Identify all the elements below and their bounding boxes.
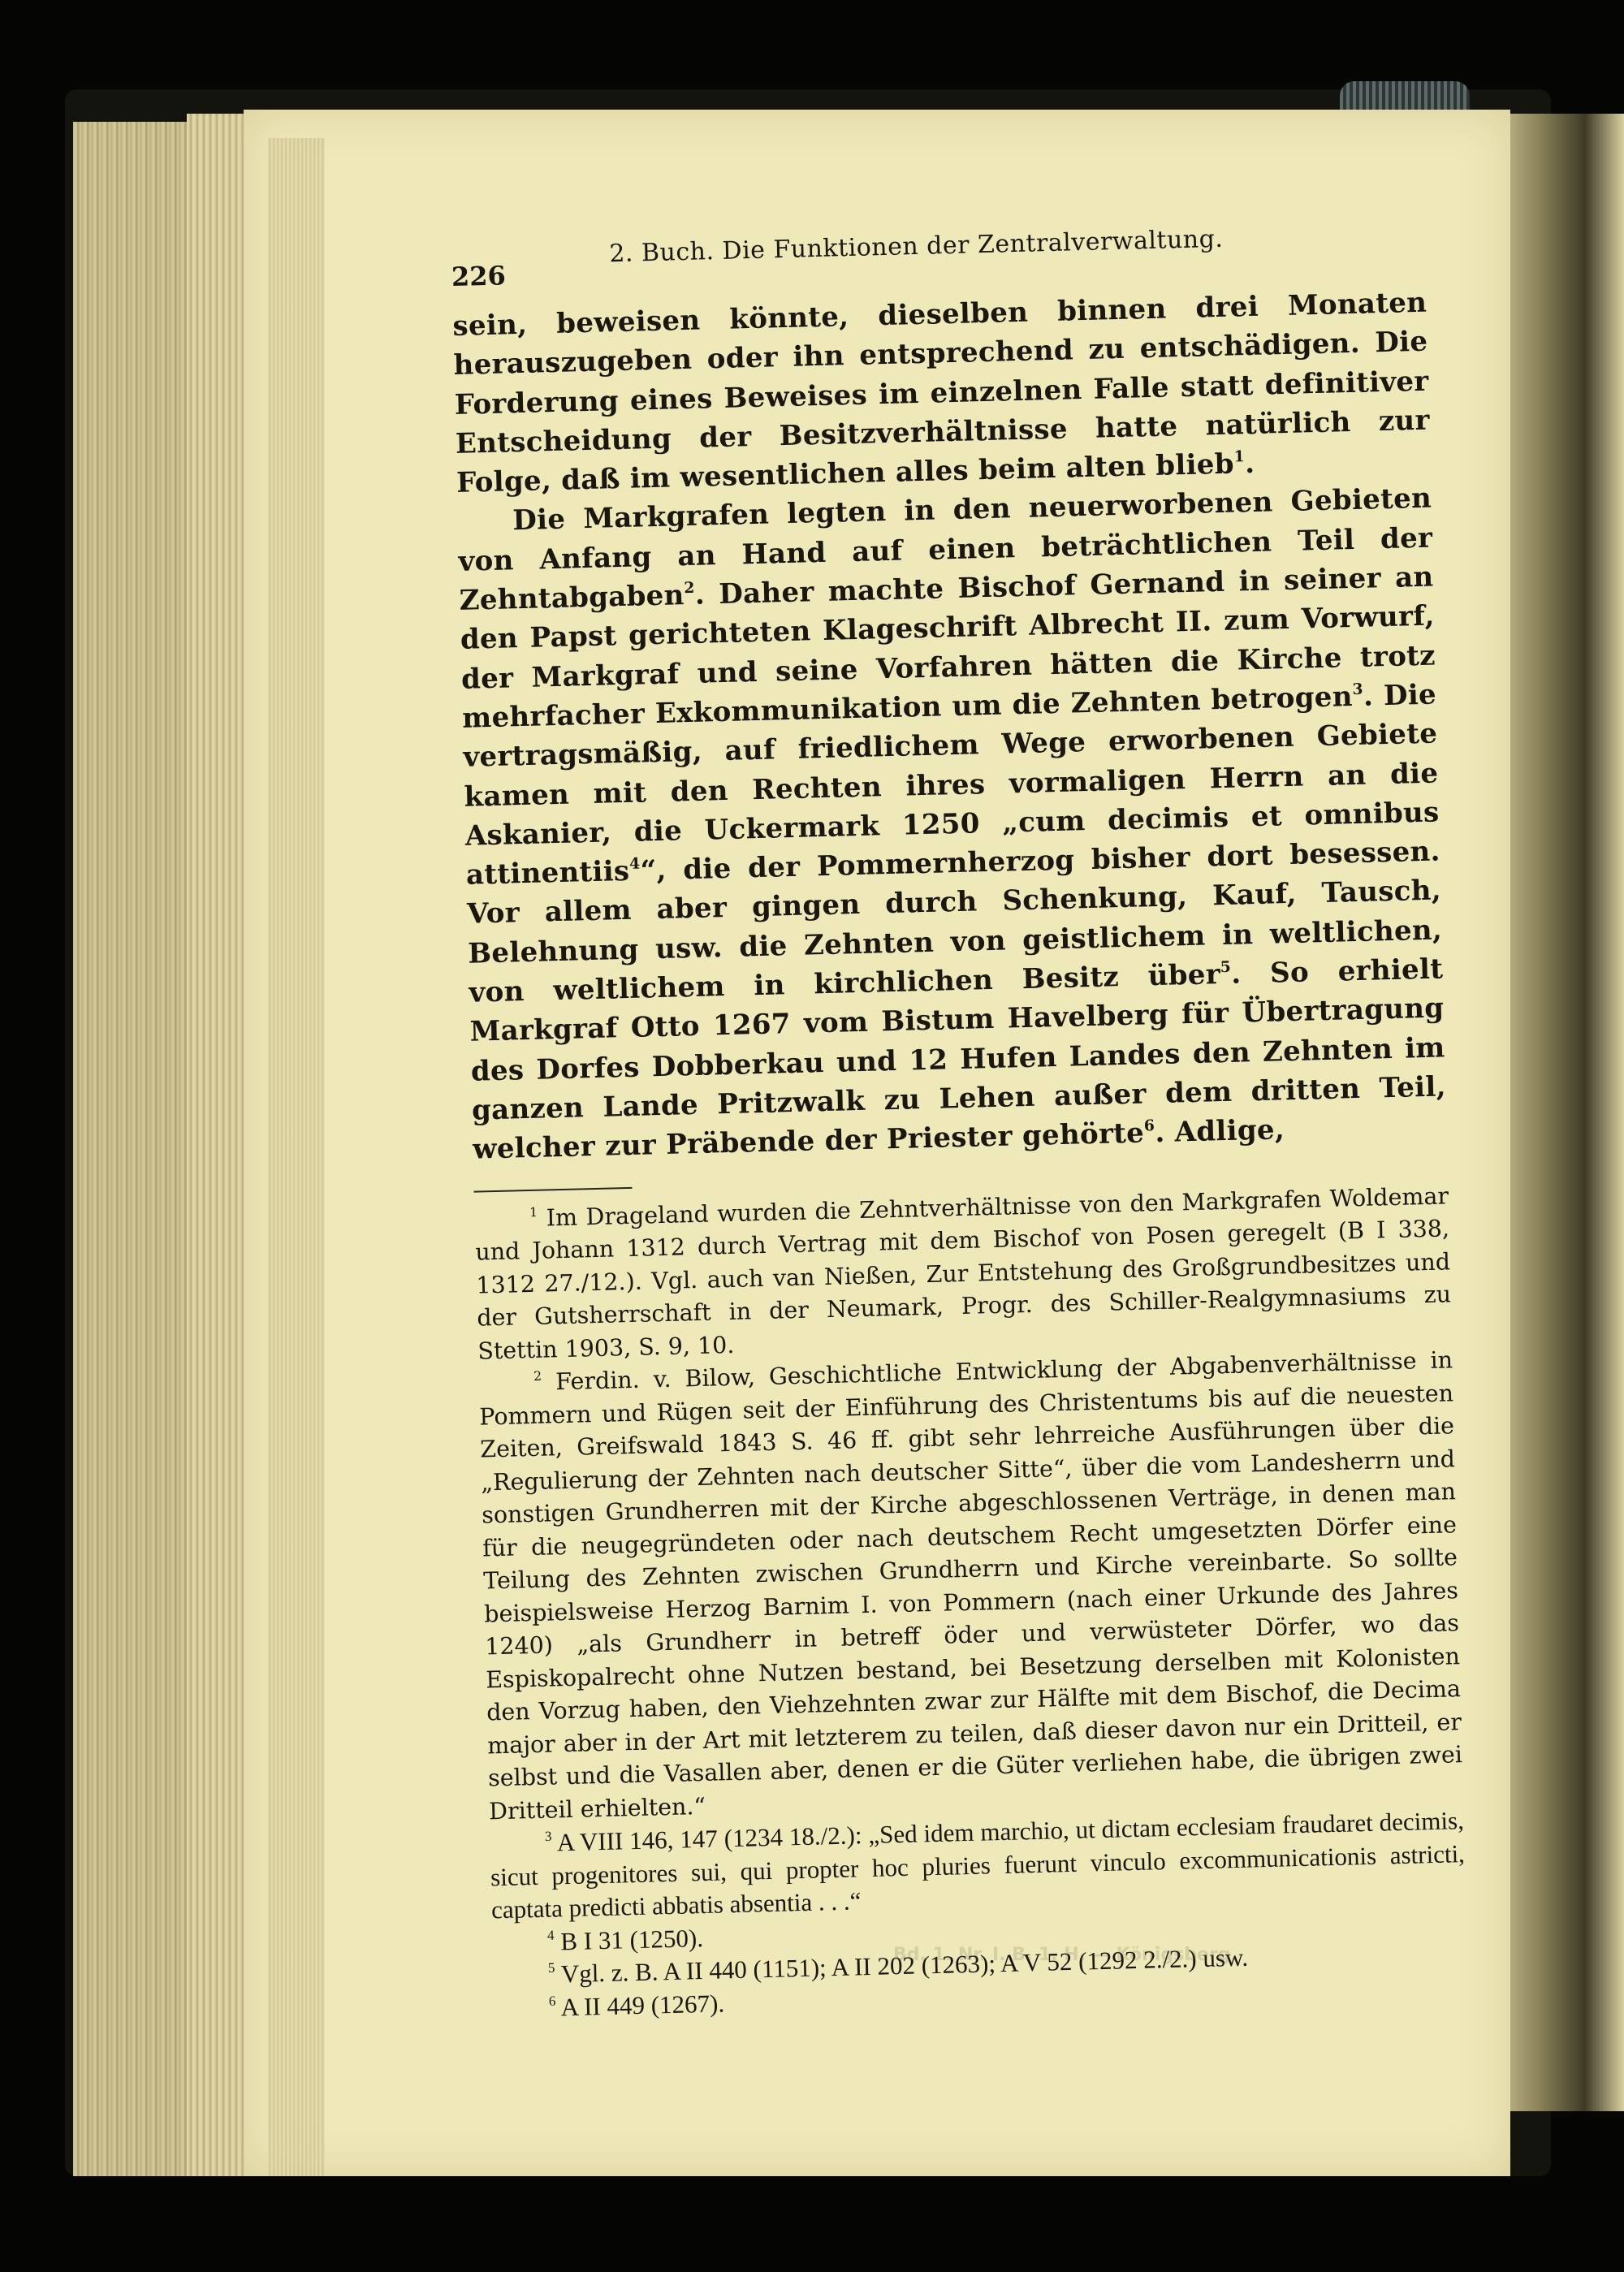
footnote-number: 5 bbox=[548, 1960, 555, 1976]
footnote-ref[interactable]: 6 bbox=[1144, 1117, 1155, 1134]
page-stack-edge bbox=[268, 138, 325, 2176]
bleed-through-text: Bd. 1. Nr. I. B. 1. H. — Königsberg. bbox=[893, 1945, 1315, 1965]
footnote-2: 2 Ferdin. v. Bilow, Geschichtliche Entwi… bbox=[478, 1344, 1463, 1828]
footnote-ref[interactable]: 3 bbox=[1352, 680, 1363, 698]
paragraph-text: . Adlige, bbox=[1155, 1113, 1285, 1149]
footnote-number: 2 bbox=[533, 1368, 542, 1384]
footnote-text: A II 449 (1267). bbox=[560, 1989, 724, 2021]
footnote-divider bbox=[474, 1186, 633, 1192]
footnote-number: 3 bbox=[545, 1829, 552, 1844]
page-number: 226 bbox=[451, 260, 507, 292]
footnote-text: Im Drageland wurden die Zehntverhältniss… bbox=[475, 1182, 1451, 1364]
paragraph: sein, beweisen könnte, dieselben binnen … bbox=[452, 283, 1432, 503]
footnote-text: B I 31 (1250). bbox=[560, 1924, 703, 1955]
footnote-number: 1 bbox=[529, 1204, 538, 1220]
footnote-text: Ferdin. v. Bilow, Geschichtliche Entwick… bbox=[479, 1346, 1462, 1825]
footnote-ref[interactable]: 5 bbox=[1220, 958, 1231, 976]
footnote-ref[interactable]: 2 bbox=[684, 579, 695, 597]
footnote-ref[interactable]: 1 bbox=[1233, 447, 1245, 465]
footnotes: 1 Im Drageland wurden die Zehntverhältni… bbox=[474, 1180, 1468, 2026]
book-headband bbox=[1340, 81, 1470, 110]
facing-page-edge bbox=[1494, 114, 1624, 2111]
body-text: sein, beweisen könnte, dieselben binnen … bbox=[452, 283, 1448, 1170]
footnote-ref[interactable]: 4 bbox=[629, 855, 641, 873]
footnote-number: 4 bbox=[547, 1927, 555, 1942]
paragraph-text: . bbox=[1245, 447, 1255, 480]
page-text-area: 226 2. Buch. Die Funktionen der Zentralv… bbox=[451, 220, 1468, 2026]
paragraph-text: sein, beweisen könnte, dieselben binnen … bbox=[452, 287, 1430, 499]
footnote-number: 6 bbox=[549, 1993, 556, 2008]
footnote-1: 1 Im Drageland wurden die Zehntverhältni… bbox=[474, 1180, 1453, 1368]
paragraph: Die Markgrafen legten in den neuerworben… bbox=[457, 479, 1448, 1169]
